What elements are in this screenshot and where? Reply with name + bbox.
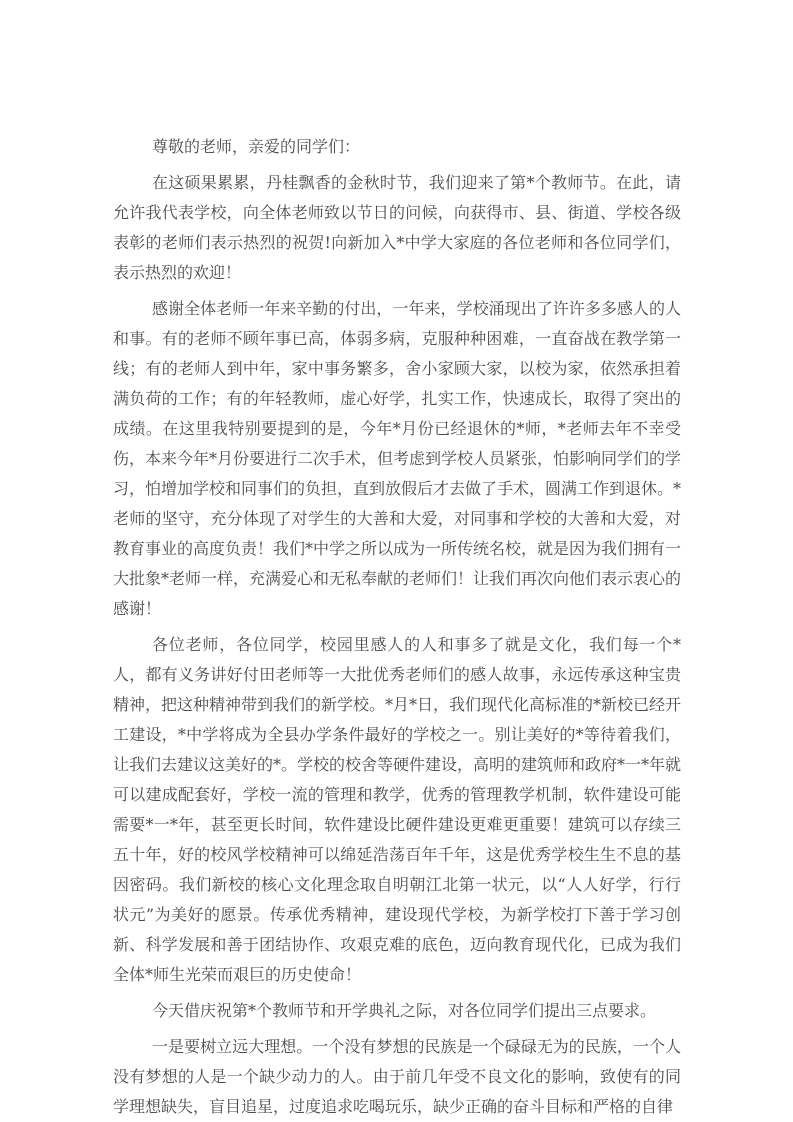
paragraph: 一是要树立远大理想。一个没有梦想的民族是一个碌碌无为的民族，一个人没有梦想的人是… (113, 1032, 681, 1122)
document-page: 尊敬的老师，亲爱的同学们：在这硕果累累，丹桂飘香的金秋时节，我们迎来了第*个教师… (0, 0, 793, 1122)
paragraph: 今天借庆祝第*个教师节和开学典礼之际，对各位同学们提出三点要求。 (113, 996, 681, 1026)
paragraph: 在这硕果累累，丹桂飘香的金秋时节，我们迎来了第*个教师节。在此，请允许我代表学校… (113, 168, 681, 288)
paragraph: 尊敬的老师，亲爱的同学们： (113, 132, 681, 162)
paragraph: 各位老师，各位同学，校园里感人的人和事多了就是文化，我们每一个*人，都有义务讲好… (113, 630, 681, 990)
paragraph: 感谢全体老师一年来辛勤的付出，一年来，学校涌现出了许许多多感人的人和事。有的老师… (113, 294, 681, 624)
document-body: 尊敬的老师，亲爱的同学们：在这硕果累累，丹桂飘香的金秋时节，我们迎来了第*个教师… (113, 132, 681, 1122)
